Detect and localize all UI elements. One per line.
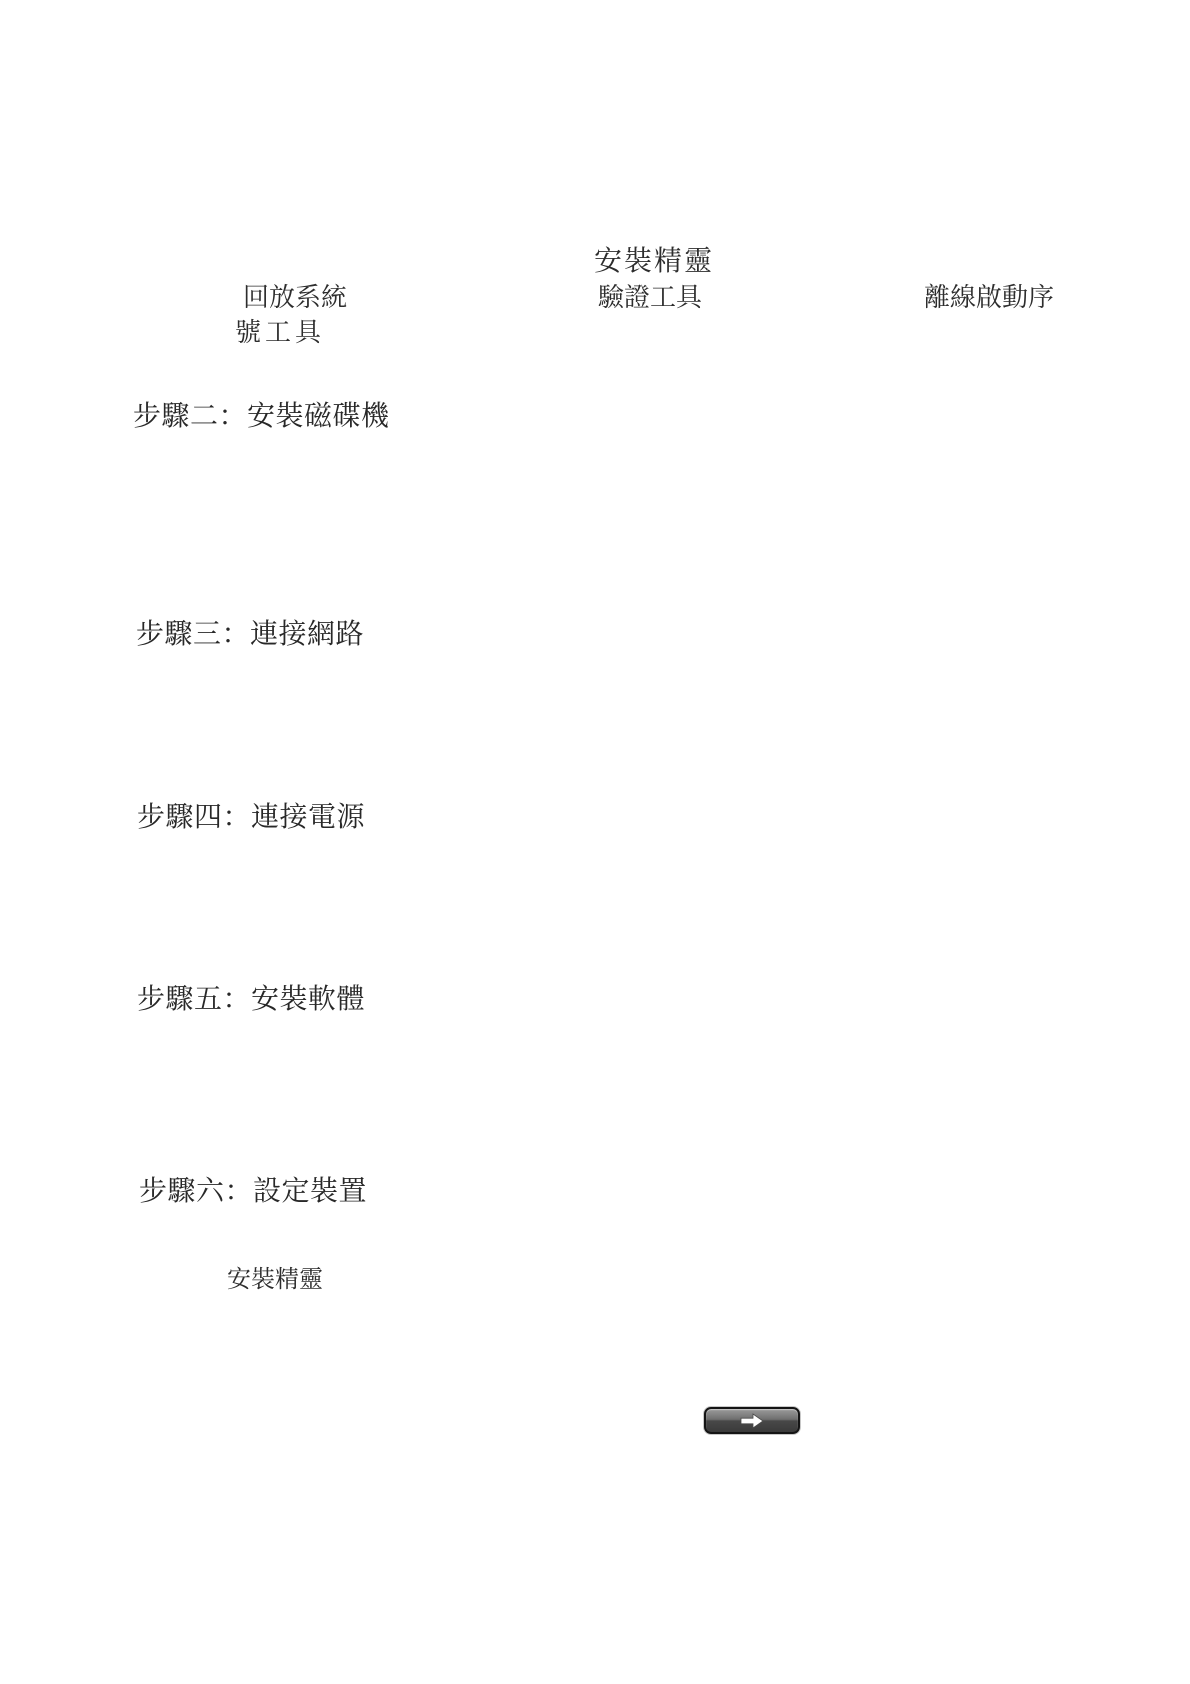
- arrow-right-icon: [740, 1413, 764, 1429]
- wizard-note: 安裝精靈: [227, 1267, 323, 1295]
- verify-tool-label: 驗證工具: [598, 283, 702, 313]
- step-3-heading: 步驟三：連接網路: [136, 619, 364, 651]
- step-5-heading: 步驟五：安裝軟體: [137, 984, 365, 1016]
- document-page: 安裝精靈 回放系統 驗證工具 離線啟動序 號工具 步驟二：安裝磁碟機 步驟三：連…: [0, 0, 1190, 1684]
- step-2-heading: 步驟二：安裝磁碟機: [133, 401, 390, 433]
- next-button[interactable]: [704, 1407, 800, 1434]
- step-4-heading: 步驟四：連接電源: [137, 802, 365, 834]
- playback-system-label: 回放系統: [243, 283, 347, 313]
- serial-tool-label: 號工具: [235, 318, 325, 348]
- wizard-title: 安裝精靈: [594, 246, 714, 278]
- step-6-heading: 步驟六：設定裝置: [139, 1176, 367, 1208]
- offline-activation-label: 離線啟動序: [924, 283, 1054, 313]
